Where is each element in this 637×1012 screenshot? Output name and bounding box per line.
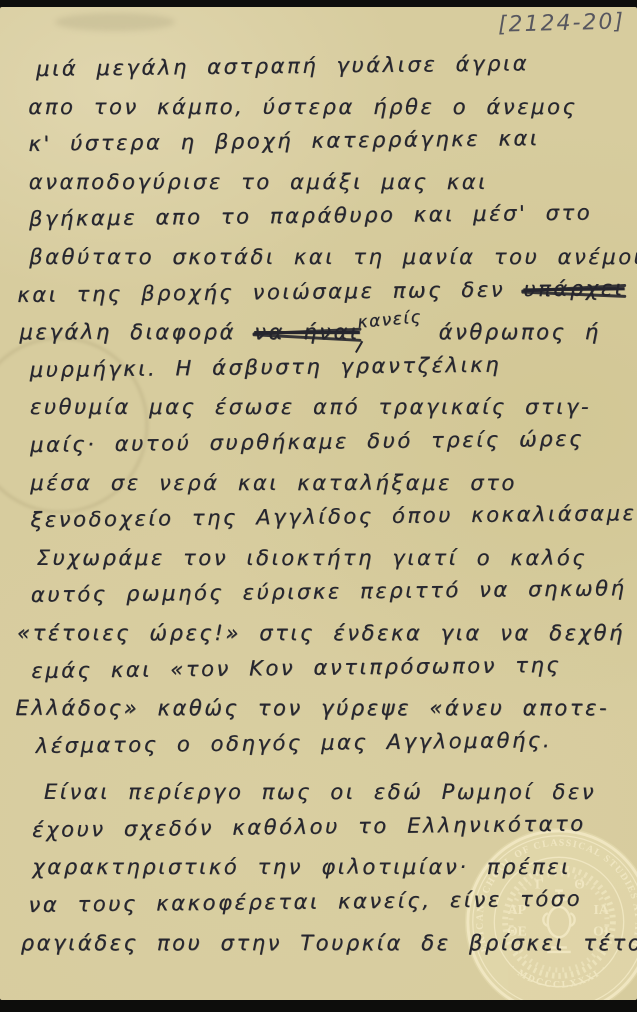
line-text: έχουν σχεδόν καθόλου το Ελληνικότατο	[32, 812, 586, 842]
manuscript-line: αυτός ρωμηός εύρισκε περιττό να σηκωθή	[31, 570, 637, 615]
line-text: ραγιάδες που στην Τουρκία δε βρίσκει τέτ…	[21, 931, 637, 955]
paper-sheet: [2124-20] μιά μεγάλη αστραπή γυάλισε άγρ…	[0, 7, 637, 1000]
line-text: αυτός ρωμηός εύρισκε περιττό να σηκωθή	[31, 577, 627, 608]
line-text: χαρακτηριστικό την φιλοτιμίαν· πρέπει	[32, 855, 571, 879]
strikethrough-text: να ήναι	[254, 314, 359, 352]
line-text: βαθύτατο σκοτάδι και τη μανία του ανέμου	[29, 245, 637, 269]
manuscript-line: έχουν σχεδόν καθόλου το Ελληνικότατο	[32, 805, 637, 850]
line-text: Συχωράμε τον ιδιοκτήτη γιατί ο καλός	[37, 546, 588, 570]
manuscript-text: μιά μεγάλη αστραπή γυάλισε άγριααπο τον …	[28, 48, 637, 962]
line-text-post: άνθρωπος ή	[420, 320, 600, 344]
manuscript-line: μαίς· αυτού συρθήκαμε δυό τρείς ώρες	[30, 420, 637, 465]
line-text: μαίς· αυτού συρθήκαμε δυό τρείς ώρες	[30, 427, 584, 457]
line-text: κ' ύστερα η βροχή κατερράγηκε και	[28, 126, 539, 156]
manuscript-line: κ' ύστερα η βροχή κατερράγηκε και	[28, 119, 637, 164]
inserted-word: κανείς	[356, 299, 424, 342]
line-text: μυρμήγκι. Η άσβυστη γραντζέλικη	[30, 352, 502, 381]
line-text: αναποδογύρισε το αμάξι μας και	[29, 170, 488, 194]
line-text: εμάς και «τον Κον αντιπρόσωπον της	[31, 652, 561, 682]
manuscript-line: να τους κακοφέρεται κανείς, είνε τόσο	[28, 880, 637, 925]
line-text: μεγάλη διαφορά	[19, 320, 254, 344]
manuscript-line: λέσματος ο οδηγός μας Αγγλομαθής.	[35, 721, 637, 765]
line-text: μέσα σε νερά και καταλήξαμε στο	[30, 471, 517, 495]
scan-edge-top	[0, 0, 637, 7]
line-text: βγήκαμε απο το παράθυρο και μέσ' στο	[29, 201, 593, 231]
line-text: Ελλάδος» καθώς τον γύρεψε «άνευ αποτε-	[15, 696, 609, 720]
manuscript-line: μυρμήγκι. Η άσβυστη γραντζέλικη	[29, 345, 637, 390]
manuscript-line: μιά μεγάλη αστραπή γυάλισε άγρια	[36, 44, 637, 88]
scan-edge-bottom	[0, 1000, 637, 1012]
manuscript-line: ραγιάδες που στην Τουρκία δε βρίσκει τέτ…	[21, 925, 637, 963]
line-text: ξενοδοχείο της Αγγλίδος όπου κοκαλιάσαμε	[30, 501, 636, 532]
manuscript-line: ξενοδοχείο της Αγγλίδος όπου κοκαλιάσαμε	[30, 495, 637, 540]
scanned-manuscript-page: [2124-20] μιά μεγάλη αστραπή γυάλισε άγρ…	[0, 0, 637, 1012]
line-text: λέσματος ο οδηγός μας Αγγλομαθής.	[35, 728, 552, 758]
manuscript-line: εμάς και «τον Κον αντιπρόσωπον της	[31, 646, 637, 691]
manuscript-line: βγήκαμε απο το παράθυρο και μέσ' στο	[29, 194, 637, 239]
archival-number: [2124-20]	[498, 9, 626, 37]
line-text: μιά μεγάλη αστραπή γυάλισε άγρια	[36, 51, 529, 81]
line-text: «τέτοιες ώρες!» στις ένδεκα για να δεχθή	[17, 621, 625, 645]
line-text: απο τον κάμπο, ύστερα ήρθε ο άνεμος	[28, 95, 577, 119]
line-text: ευθυμία μας έσωσε από τραγικαίς στιγ-	[30, 395, 591, 419]
line-text: Είναι περίεργο πως οι εδώ Ρωμηοί δεν	[44, 780, 596, 804]
paper-smudge	[55, 13, 175, 31]
line-text: και της βροχής νοιώσαμε πως δεν	[17, 277, 523, 307]
line-text: να τους κακοφέρεται κανείς, είνε τόσο	[28, 887, 582, 917]
manuscript-line: και της βροχής νοιώσαμε πως δεν υπάρχει	[17, 270, 637, 315]
strikethrough-text: υπάρχει	[523, 270, 624, 309]
